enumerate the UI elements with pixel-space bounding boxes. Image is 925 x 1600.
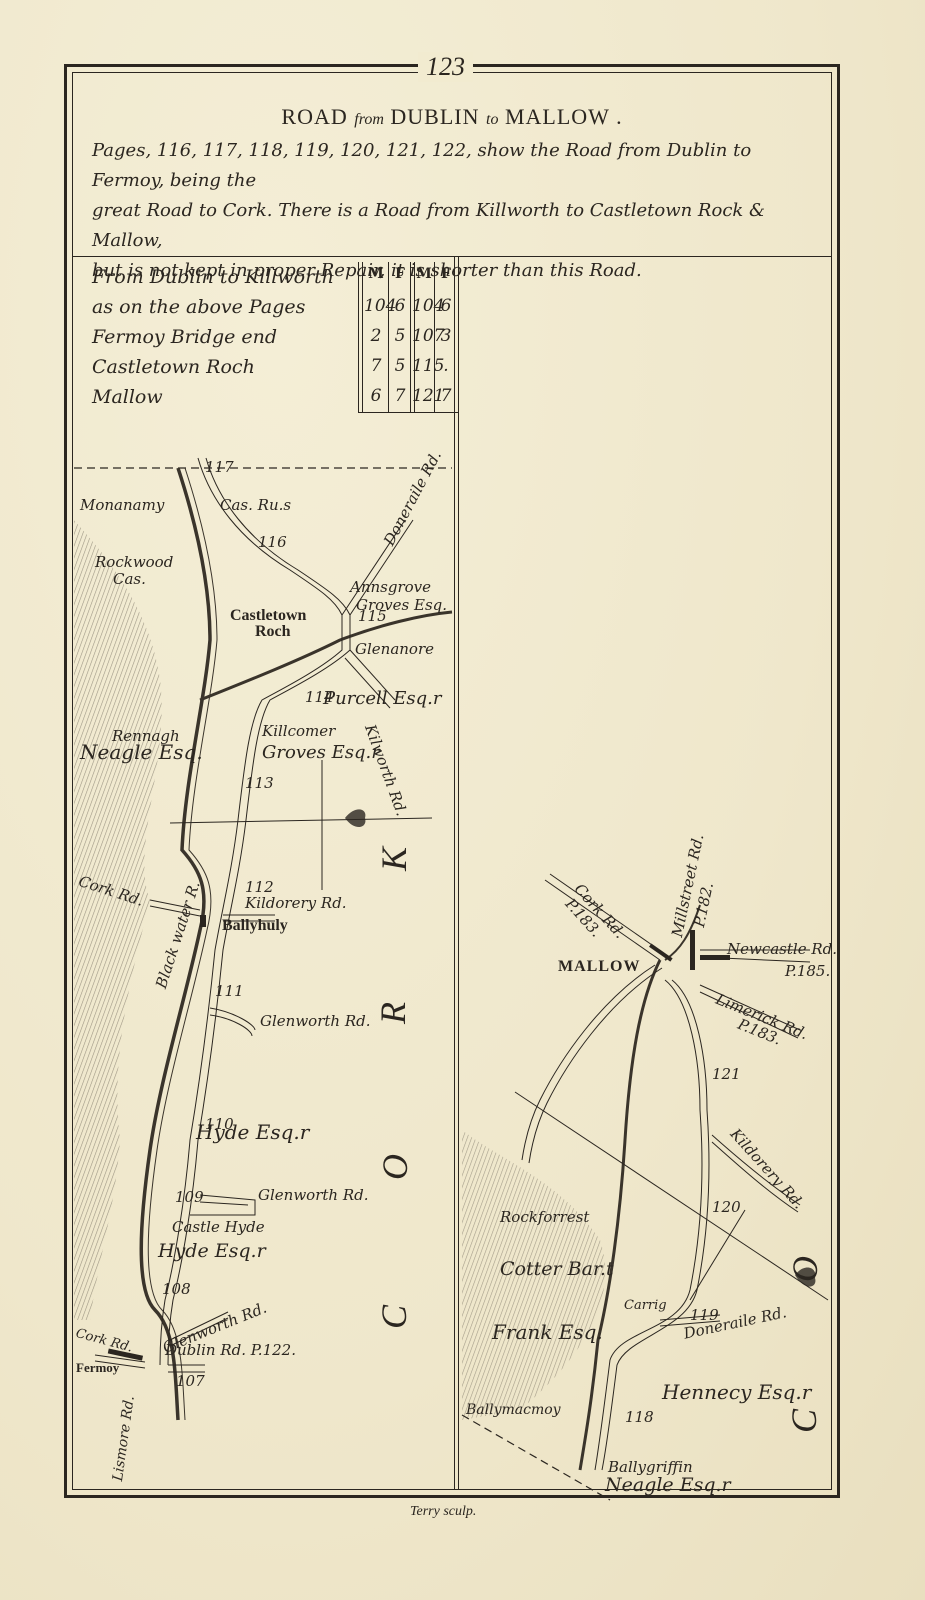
label-hennecy-esq: Hennecy Esq.r <box>662 1380 811 1404</box>
label-castle-hyde: Castle Hyde <box>172 1218 265 1236</box>
label-groves-esq-2: Groves Esq.r <box>262 742 380 763</box>
label-rockwood: Rockwood <box>95 553 173 571</box>
label-dublin-road: Dublin Rd. P.122. <box>165 1341 296 1359</box>
milestone: 109 <box>175 1188 204 1206</box>
label-ballymacmoy: Ballymacmoy <box>466 1402 561 1418</box>
milestone: 108 <box>162 1280 191 1298</box>
label-hyde-esq: Hyde Esq.r <box>196 1120 309 1144</box>
label-groves-esq: Groves Esq. <box>356 596 447 614</box>
map-linework <box>0 0 925 1600</box>
county-letter: O <box>784 1256 826 1282</box>
label-roch: Roch <box>255 623 291 641</box>
label-newcastle-road: Newcastle Rd. <box>727 940 837 958</box>
label-neagle-esq: Neagle Esq.r <box>605 1474 731 1496</box>
label-rockforrest: Rockforrest <box>500 1208 589 1226</box>
milestone: 107 <box>176 1372 205 1390</box>
label-ballyhuly: Ballyhuly <box>222 917 288 935</box>
milestone: 117 <box>205 458 234 476</box>
milestone: 113 <box>245 774 274 792</box>
label-glenworth-road: Glenworth Rd. <box>258 1186 368 1204</box>
label-annsgrove: Annsgrove <box>350 578 431 596</box>
label-newcastle-page: P.185. <box>785 962 830 980</box>
label-neagle-esq: Neagle Esq. <box>80 740 203 764</box>
label-rockwood-castle: Cas. <box>113 570 146 588</box>
label-glenanore: Glenanore <box>355 640 434 658</box>
label-monanamy: Monanamy <box>80 496 164 514</box>
county-letter: C <box>373 1305 415 1329</box>
label-cotter-bart: Cotter Bar.t <box>500 1258 614 1280</box>
label-glenworth-road: Glenworth Rd. <box>260 1012 370 1030</box>
label-kildorery-road: Kildorery Rd. <box>245 894 347 912</box>
engraver-credit: Terry sculp. <box>410 1504 476 1520</box>
county-letter: C <box>783 1409 825 1433</box>
county-letter: R <box>372 1002 414 1024</box>
county-letter: O <box>374 1154 416 1180</box>
milestone: 118 <box>625 1408 654 1426</box>
county-letter: K <box>373 847 415 871</box>
milestone: 120 <box>712 1198 741 1216</box>
label-fermoy: Fermoy <box>76 1360 119 1376</box>
label-purcell-esq: Purcell Esq.r <box>323 688 442 709</box>
label-frank-esq: Frank Esq. <box>492 1320 603 1344</box>
milestone: 121 <box>712 1065 741 1083</box>
label-mallow: MALLOW <box>558 958 640 976</box>
label-killcomer: Killcomer <box>262 722 335 740</box>
milestone: 111 <box>215 982 244 1000</box>
milestone: 116 <box>258 533 287 551</box>
label-hyde-esq-2: Hyde Esq.r <box>158 1240 266 1262</box>
label-carrig: Carrig <box>624 1298 667 1313</box>
label-castle-ruins: Cas. Ru.s <box>220 496 291 514</box>
